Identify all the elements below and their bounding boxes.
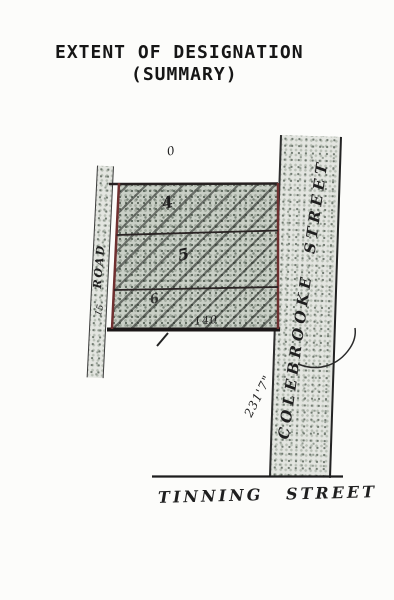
page-title: EXTENT OF DESIGNATION xyxy=(55,42,304,63)
tinning-street-label: TINNING STREET xyxy=(158,484,377,506)
frontage-label: 140 xyxy=(194,314,219,327)
page-subtitle: (SUMMARY) xyxy=(131,64,238,85)
north-mark: 0 xyxy=(166,144,176,157)
scanned-plan-page: EXTENT OF DESIGNATION (SUMMARY) ROAD COL… xyxy=(0,0,394,600)
road-strip: ROAD xyxy=(87,166,114,379)
tick-mark xyxy=(157,333,168,346)
designated-parcel xyxy=(111,182,279,330)
road-label: ROAD xyxy=(91,236,107,297)
